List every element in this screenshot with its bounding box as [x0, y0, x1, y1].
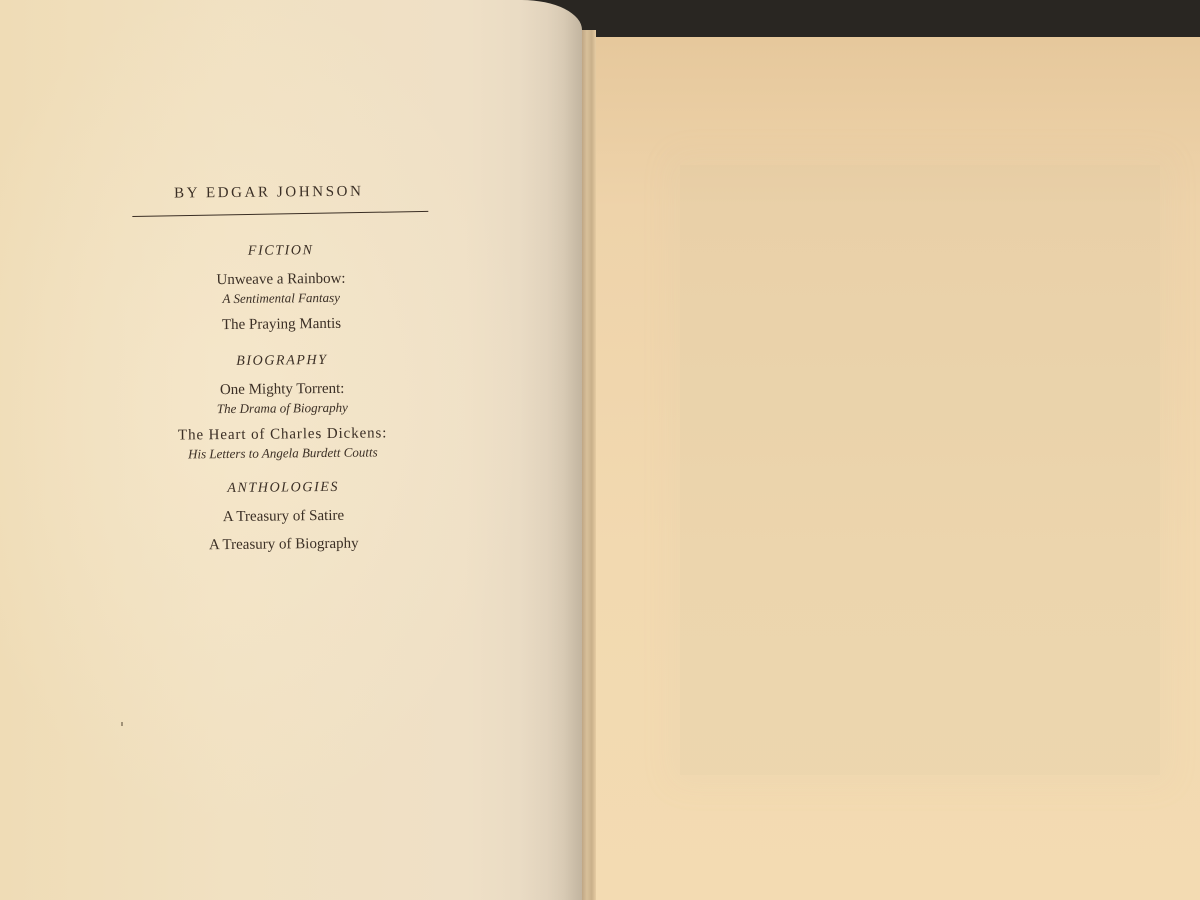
also-by-author-list: BY EDGAR JOHNSON FICTION Unweave a Rainb… — [132, 180, 432, 574]
book-title: A Treasury of Satire — [135, 506, 431, 528]
section-heading: FICTION — [133, 241, 429, 262]
book-entry: The Heart of Charles Dickens: His Letter… — [135, 424, 431, 463]
book-title: The Praying Mantis — [133, 314, 429, 336]
author-heading: BY EDGAR JOHNSON — [168, 180, 428, 205]
book-title: A Treasury of Biography — [136, 534, 432, 556]
paper-speck — [121, 722, 123, 726]
book-subtitle: A Sentimental Fantasy — [133, 288, 429, 308]
book-entry: A Treasury of Biography — [136, 534, 432, 556]
book-entry: A Treasury of Satire — [135, 506, 431, 528]
book-entry: One Mighty Torrent: The Drama of Biograp… — [134, 379, 430, 418]
heading-rule — [132, 211, 428, 217]
section-heading: ANTHOLOGIES — [135, 478, 431, 499]
open-book-photo: BY EDGAR JOHNSON FICTION Unweave a Rainb… — [0, 0, 1200, 900]
section-fiction: FICTION Unweave a Rainbow: A Sentimental… — [133, 241, 430, 336]
section-biography: BIOGRAPHY One Mighty Torrent: The Drama … — [134, 351, 431, 463]
book-subtitle: His Letters to Angela Burdett Coutts — [135, 443, 431, 463]
section-anthologies: ANTHOLOGIES A Treasury of Satire A Treas… — [135, 478, 432, 556]
book-gutter — [582, 30, 596, 900]
book-subtitle: The Drama of Biography — [134, 398, 430, 418]
book-entry: The Praying Mantis — [133, 314, 429, 336]
book-title: The Heart of Charles Dickens: — [135, 424, 431, 446]
bleed-through-plate — [680, 165, 1160, 775]
section-heading: BIOGRAPHY — [134, 351, 430, 372]
right-page — [596, 37, 1200, 900]
book-entry: Unweave a Rainbow: A Sentimental Fantasy — [133, 269, 429, 308]
left-page: BY EDGAR JOHNSON FICTION Unweave a Rainb… — [0, 0, 582, 900]
